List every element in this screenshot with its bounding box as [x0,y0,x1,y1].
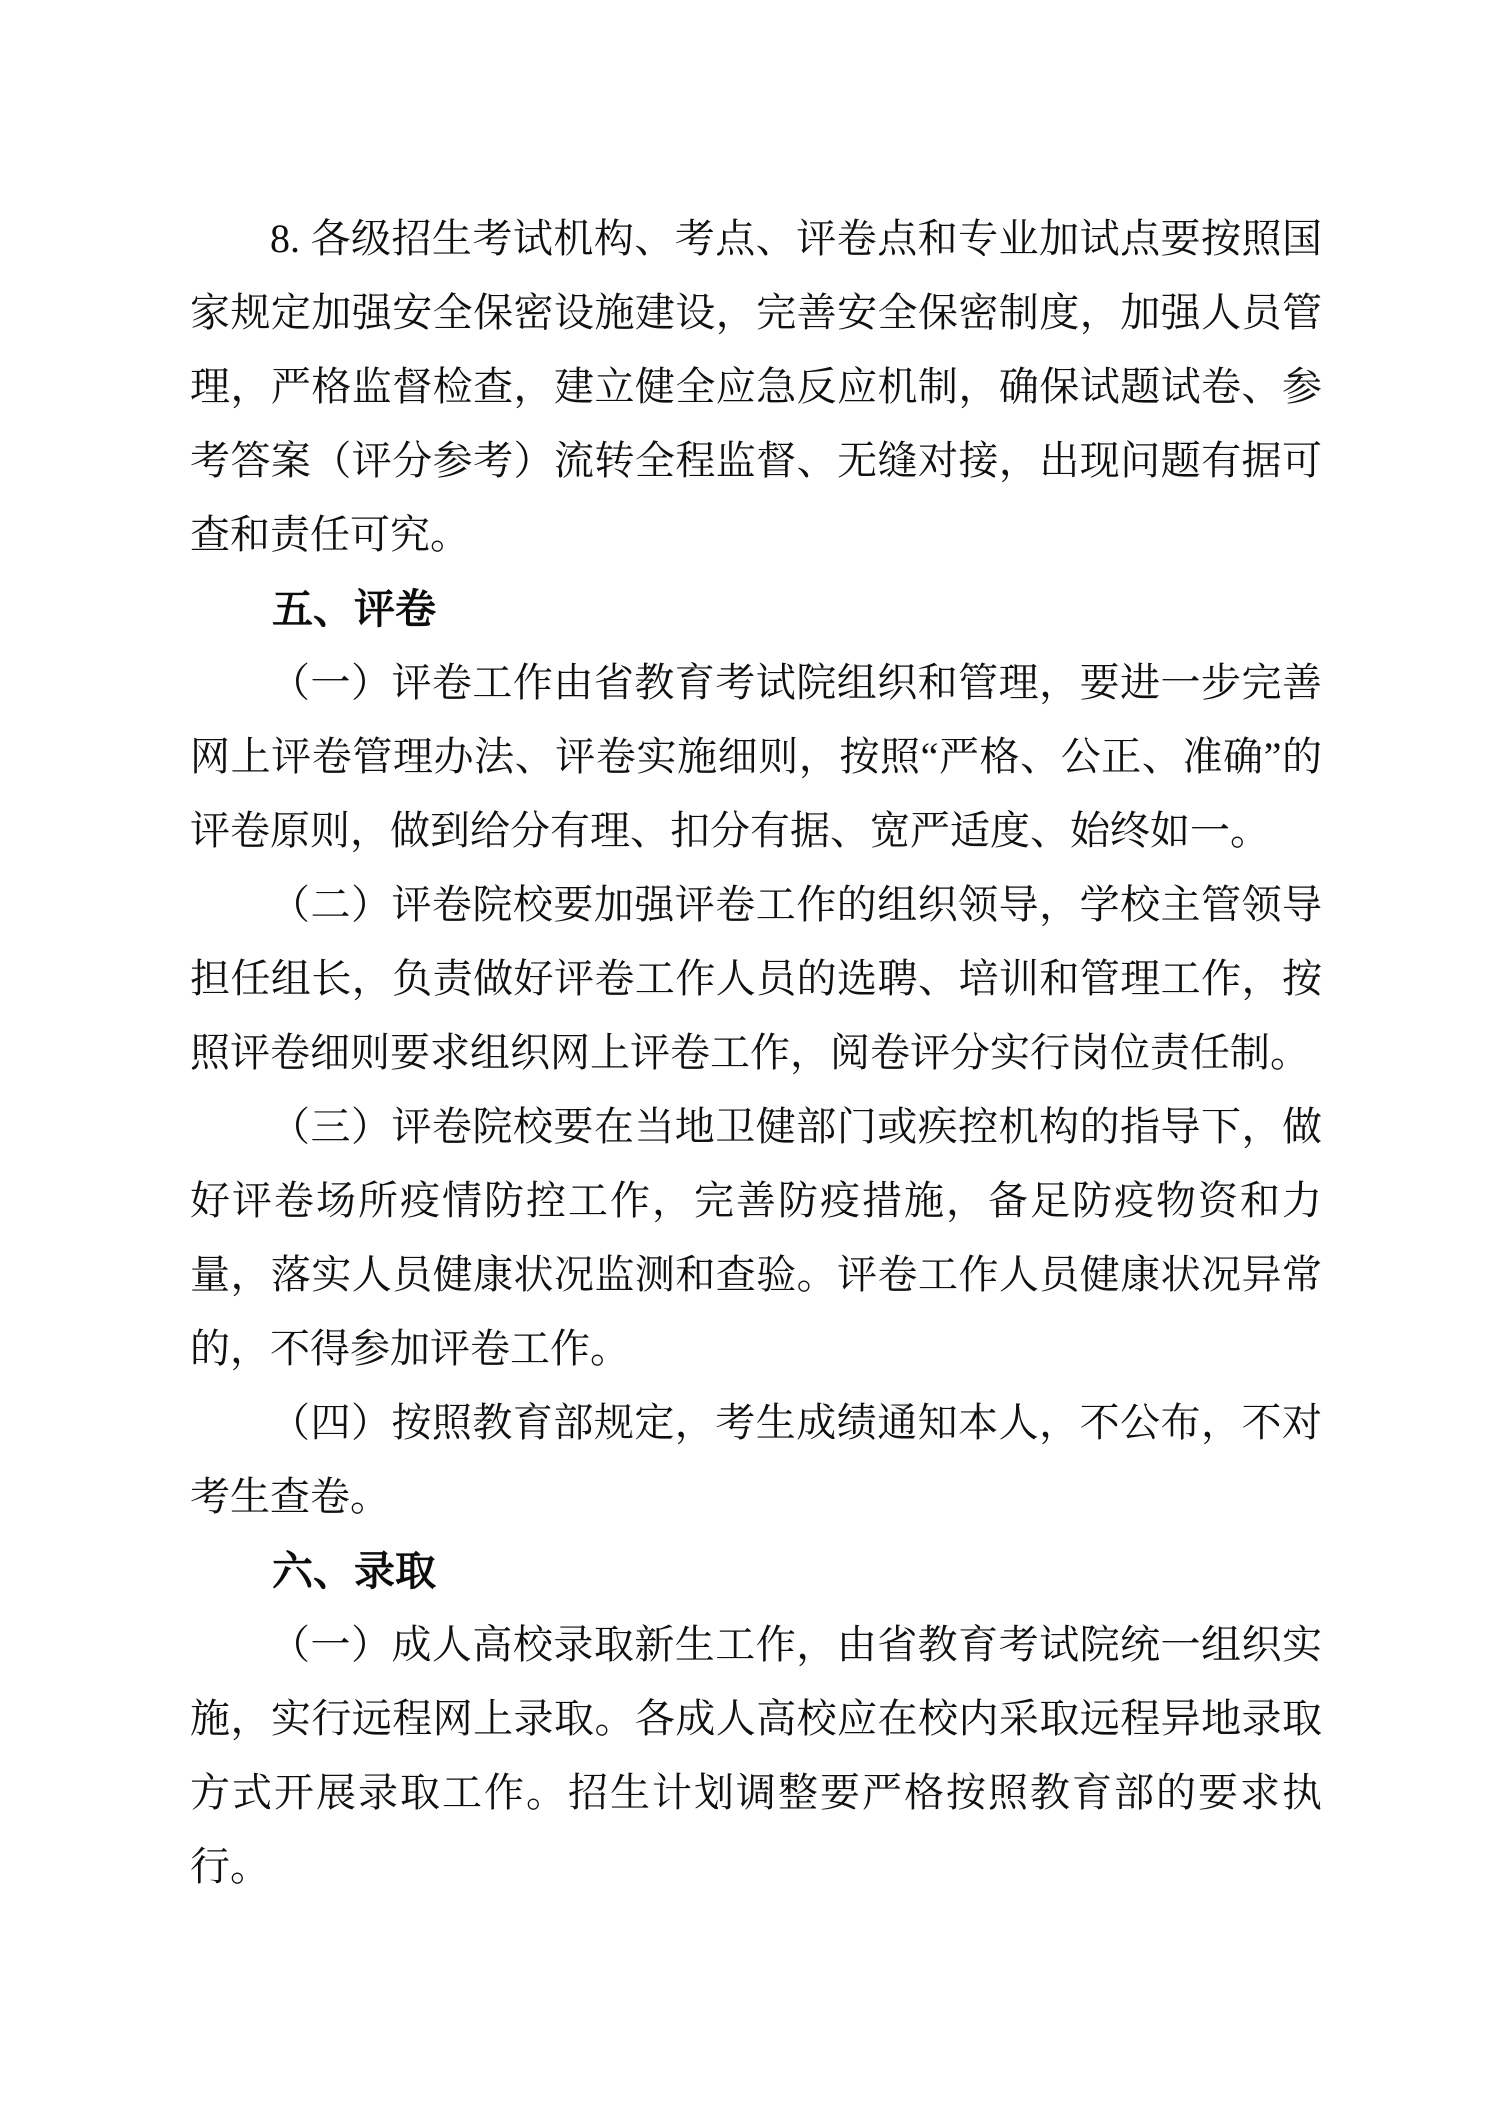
paragraph-admission-1: （一）成人高校录取新生工作，由省教育考试院统一组织实施，实行远程网上录取。各成人… [190,1608,1322,1904]
paragraph-grading-4: （四）按照教育部规定，考生成绩通知本人，不公布，不对考生查卷。 [190,1386,1322,1534]
paragraph-grading-2: （二）评卷院校要加强评卷工作的组织领导，学校主管领导担任组长，负责做好评卷工作人… [190,868,1322,1090]
paragraph-grading-1: （一）评卷工作由省教育考试院组织和管理，要进一步完善网上评卷管理办法、评卷实施细… [190,646,1322,868]
section-heading-5-grading: 五、评卷 [190,572,1322,646]
paragraph-grading-3: （三）评卷院校要在当地卫健部门或疾控机构的指导下，做好评卷场所疫情防控工作，完善… [190,1090,1322,1386]
section-heading-6-admission: 六、录取 [190,1534,1322,1608]
paragraph-item-8-security: 8. 各级招生考试机构、考点、评卷点和专业加试点要按照国家规定加强安全保密设施建… [190,202,1322,572]
document-page: 8. 各级招生考试机构、考点、评卷点和专业加试点要按照国家规定加强安全保密设施建… [0,0,1497,2117]
